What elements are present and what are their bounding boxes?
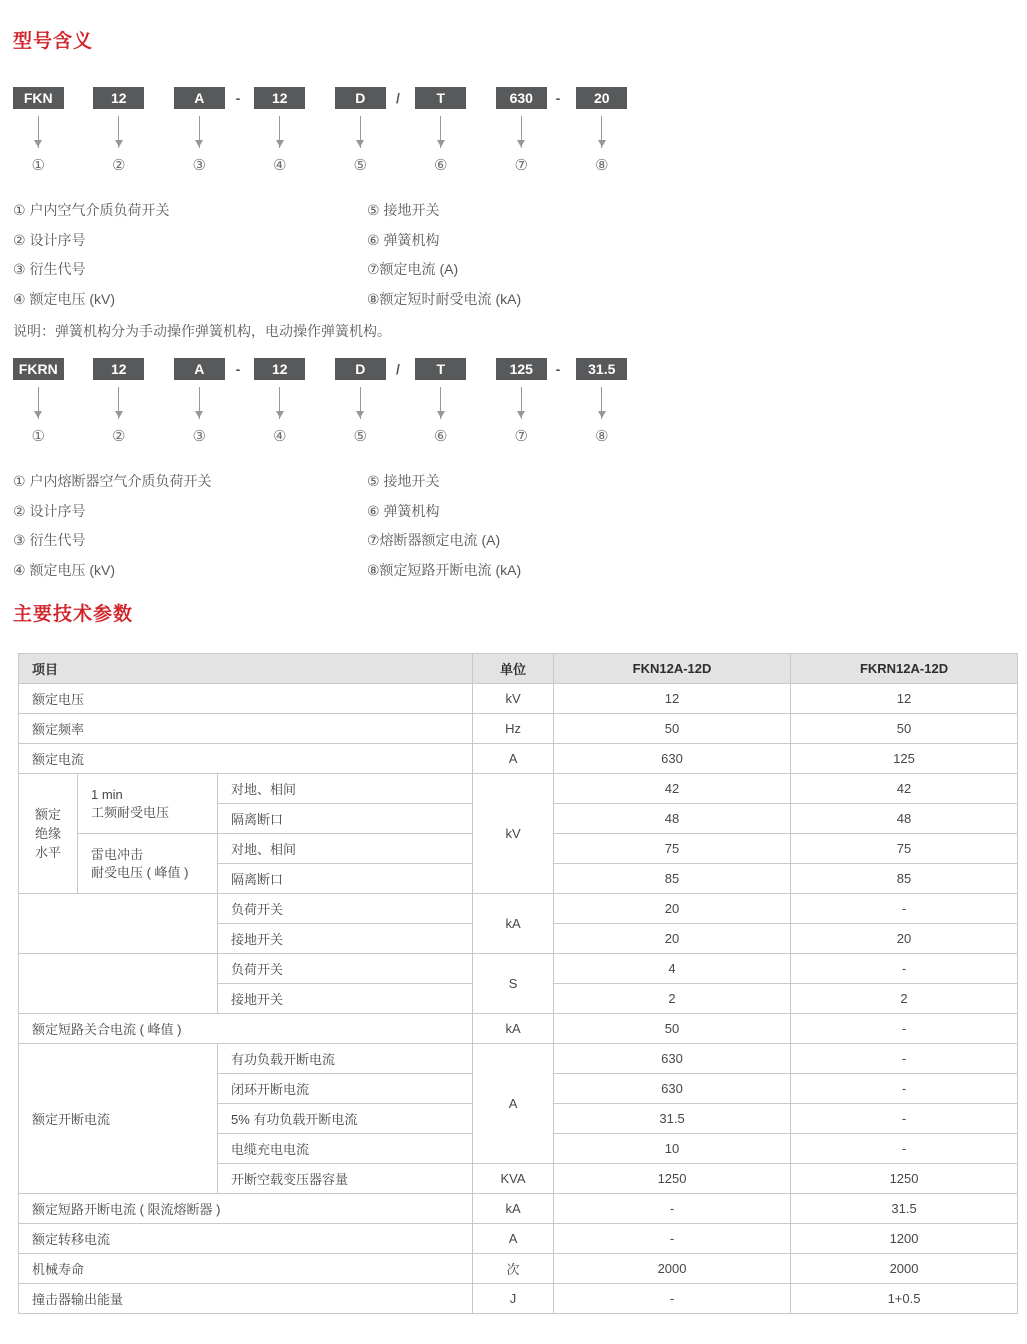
row-label: 电缆充电电流 (218, 1134, 473, 1164)
value-cell: 50 (554, 714, 791, 744)
model-token-box: T (415, 358, 466, 380)
table-row: 额定电压 kV 12 12 (19, 684, 1018, 714)
row-label: 接地开关 (218, 984, 473, 1014)
down-arrow-icon (521, 116, 522, 148)
separator-slash: / (396, 87, 400, 109)
legend-item: ③ 衍生代号 (13, 526, 367, 556)
row-label: 负荷开关 (218, 894, 473, 924)
catalog-page: 型号含义 FKN ① 12 ② A ③ 12 ④ (0, 0, 1027, 1344)
circled-number: ③ (159, 427, 240, 447)
table-row: 额定开断电流 有功负载开断电流 A 630 - (19, 1044, 1018, 1074)
model-token-slot-4: 12 ④ (240, 358, 321, 447)
unit-cell: S (473, 954, 554, 1014)
value-cell: - (791, 1044, 1018, 1074)
unit-cell: kA (473, 894, 554, 954)
down-arrow-icon (360, 387, 361, 419)
value-cell: 1250 (791, 1164, 1018, 1194)
unit-cell: kV (473, 774, 554, 894)
row-label: 机械寿命 (19, 1254, 473, 1284)
legend-item: ⑥ 弹簧机构 (367, 226, 521, 256)
model-token-slot-8: 31.5 ⑧ (562, 358, 643, 447)
circled-number: ① (0, 427, 79, 447)
value-cell: 630 (554, 1074, 791, 1104)
model-token-slot-1: FKRN ① (0, 358, 79, 447)
model-token-box: D (335, 358, 386, 380)
separator-slash: / (396, 358, 400, 380)
value-cell: 20 (554, 894, 791, 924)
circled-number: ⑤ (320, 156, 401, 176)
legend-item: ② 设计序号 (13, 497, 367, 527)
model-token-slot-3: A ③ (159, 87, 240, 176)
separator-dash: - (556, 87, 561, 109)
value-cell: 85 (791, 864, 1018, 894)
row-label: 开断空载变压器容量 (218, 1164, 473, 1194)
legend-item: ⑥ 弹簧机构 (367, 497, 521, 527)
row-label: 额定频率 (19, 714, 473, 744)
legend-item: ⑤ 接地开关 (367, 196, 521, 226)
circled-number: ⑦ (481, 427, 562, 447)
unit-cell: kA (473, 1194, 554, 1224)
value-cell: 75 (554, 834, 791, 864)
value-cell: 630 (554, 744, 791, 774)
value-cell: 2000 (554, 1254, 791, 1284)
unit-cell: kA (473, 1014, 554, 1044)
separator-dash: - (236, 358, 241, 380)
model-token-row: FKRN ① 12 ② A ③ 12 ④ D ⑤ (0, 358, 646, 447)
down-arrow-icon (38, 116, 39, 148)
model-token-box: 125 (496, 358, 547, 380)
group-label-breaking-current: 额定开断电流 (19, 1044, 218, 1194)
row-label: 负荷开关 (218, 954, 473, 984)
model-token-box: 12 (254, 358, 305, 380)
unit-cell: A (473, 1044, 554, 1164)
legend-item: ⑦额定电流 (A) (367, 255, 521, 285)
value-cell: 48 (554, 804, 791, 834)
model-token-slot-7: 125 ⑦ (481, 358, 562, 447)
value-cell: 31.5 (554, 1104, 791, 1134)
value-cell: - (791, 894, 1018, 924)
model-token-slot-4: 12 ④ (240, 87, 321, 176)
row-label: 撞击器输出能量 (19, 1284, 473, 1314)
empty-group-cell (19, 954, 218, 1014)
table-row: 额定电流 A 630 125 (19, 744, 1018, 774)
value-cell: 20 (791, 924, 1018, 954)
model-token-box: 630 (496, 87, 547, 109)
value-cell: 12 (554, 684, 791, 714)
row-label: 额定电流 (19, 744, 473, 774)
down-arrow-icon (601, 116, 602, 148)
value-cell: 1250 (554, 1164, 791, 1194)
separator-dash: - (556, 358, 561, 380)
value-cell: - (791, 1134, 1018, 1164)
empty-group-cell (19, 894, 218, 954)
legend-item: ⑦熔断器额定电流 (A) (367, 526, 521, 556)
model-diagram-fkn: FKN ① 12 ② A ③ 12 ④ D ⑤ (0, 87, 646, 176)
circled-number: ⑥ (401, 156, 482, 176)
model-token-box: 12 (93, 358, 144, 380)
circled-number: ⑧ (562, 427, 643, 447)
model-token-box: 20 (576, 87, 627, 109)
model-token-box: 12 (93, 87, 144, 109)
model-token-box: FKN (13, 87, 64, 109)
subgroup-label-power-frequency: 1 min 工频耐受电压 (78, 774, 218, 834)
model-token-slot-8: 20 ⑧ (562, 87, 643, 176)
model-token-slot-6: T ⑥ (401, 358, 482, 447)
circled-number: ⑦ (481, 156, 562, 176)
down-arrow-icon (38, 387, 39, 419)
value-cell: - (791, 954, 1018, 984)
value-cell: 42 (554, 774, 791, 804)
model-token-box: 31.5 (576, 358, 627, 380)
value-cell: - (791, 1104, 1018, 1134)
model-token-box: D (335, 87, 386, 109)
row-label: 额定转移电流 (19, 1224, 473, 1254)
unit-cell: KVA (473, 1164, 554, 1194)
circled-number: ④ (240, 427, 321, 447)
subgroup-label-lightning-impulse: 雷电冲击 耐受电压 ( 峰值 ) (78, 834, 218, 894)
model-token-box: A (174, 358, 225, 380)
value-cell: 2000 (791, 1254, 1018, 1284)
model-diagram-fkrn: FKRN ① 12 ② A ③ 12 ④ D ⑤ (0, 358, 646, 447)
value-cell: 75 (791, 834, 1018, 864)
column-header-fkrn12a-12d: FKRN12A-12D (791, 654, 1018, 684)
row-label: 额定短路开断电流 ( 限流熔断器 ) (19, 1194, 473, 1224)
legend-item: ① 户内熔断器空气介质负荷开关 (13, 467, 367, 497)
legend-column-right: ⑤ 接地开关 ⑥ 弹簧机构 ⑦额定电流 (A) ⑧额定短时耐受电流 (kA) (367, 196, 521, 314)
value-cell: 2 (791, 984, 1018, 1014)
circled-number: ⑧ (562, 156, 643, 176)
circled-number: ② (79, 156, 160, 176)
down-arrow-icon (601, 387, 602, 419)
model-token-slot-3: A ③ (159, 358, 240, 447)
down-arrow-icon (521, 387, 522, 419)
value-cell: 1200 (791, 1224, 1018, 1254)
legend-fkn: ① 户内空气介质负荷开关 ② 设计序号 ③ 衍生代号 ④ 额定电压 (kV) ⑤… (13, 196, 1017, 314)
value-cell: 50 (791, 714, 1018, 744)
circled-number: ② (79, 427, 160, 447)
model-token-slot-5: D ⑤ (320, 87, 401, 176)
value-cell: 10 (554, 1134, 791, 1164)
separator-dash: - (236, 87, 241, 109)
table-row: 机械寿命 次 2000 2000 (19, 1254, 1018, 1284)
section-title-model-meaning: 型号含义 (13, 26, 1017, 53)
value-cell: - (554, 1284, 791, 1314)
legend-column-left: ① 户内熔断器空气介质负荷开关 ② 设计序号 ③ 衍生代号 ④ 额定电压 (kV… (13, 467, 367, 585)
model-token-slot-2: 12 ② (79, 358, 160, 447)
column-header-item: 项目 (19, 654, 473, 684)
value-cell: - (554, 1194, 791, 1224)
legend-fkrn: ① 户内熔断器空气介质负荷开关 ② 设计序号 ③ 衍生代号 ④ 额定电压 (kV… (13, 467, 1017, 585)
row-label: 接地开关 (218, 924, 473, 954)
model-token-box: FKRN (13, 358, 64, 380)
column-header-unit: 单位 (473, 654, 554, 684)
legend-item: ④ 额定电压 (kV) (13, 285, 367, 315)
value-cell: 50 (554, 1014, 791, 1044)
table-header-row: 项目 单位 FKN12A-12D FKRN12A-12D (19, 654, 1018, 684)
down-arrow-icon (199, 116, 200, 148)
row-label: 闭环开断电流 (218, 1074, 473, 1104)
table-row: 额定频率 Hz 50 50 (19, 714, 1018, 744)
row-label: 隔离断口 (218, 864, 473, 894)
value-cell: 1+0.5 (791, 1284, 1018, 1314)
unit-cell: A (473, 744, 554, 774)
value-cell: 12 (791, 684, 1018, 714)
down-arrow-icon (279, 116, 280, 148)
legend-item: ⑧额定短路开断电流 (kA) (367, 556, 521, 586)
value-cell: 2 (554, 984, 791, 1014)
model-token-box: T (415, 87, 466, 109)
down-arrow-icon (199, 387, 200, 419)
model-token-slot-5: D ⑤ (320, 358, 401, 447)
model-token-row: FKN ① 12 ② A ③ 12 ④ D ⑤ (0, 87, 646, 176)
legend-item: ③ 衍生代号 (13, 255, 367, 285)
table-row: 负荷开关 kA 20 - (19, 894, 1018, 924)
row-label: 对地、相间 (218, 774, 473, 804)
circled-number: ④ (240, 156, 321, 176)
model-token-box: 12 (254, 87, 305, 109)
value-cell: - (554, 1224, 791, 1254)
value-cell: 31.5 (791, 1194, 1018, 1224)
model-token-box: A (174, 87, 225, 109)
value-cell: 125 (791, 744, 1018, 774)
table-row: 额定短路开断电流 ( 限流熔断器 ) kA - 31.5 (19, 1194, 1018, 1224)
circled-number: ⑤ (320, 427, 401, 447)
table-row: 额定转移电流 A - 1200 (19, 1224, 1018, 1254)
unit-cell: Hz (473, 714, 554, 744)
column-header-fkn12a-12d: FKN12A-12D (554, 654, 791, 684)
legend-item: ⑧额定短时耐受电流 (kA) (367, 285, 521, 315)
value-cell: 630 (554, 1044, 791, 1074)
row-label: 额定短路关合电流 ( 峰值 ) (19, 1014, 473, 1044)
circled-number: ③ (159, 156, 240, 176)
down-arrow-icon (279, 387, 280, 419)
unit-cell: 次 (473, 1254, 554, 1284)
table-row: 额定 绝缘 水平 1 min 工频耐受电压 对地、相间 kV 42 42 (19, 774, 1018, 804)
down-arrow-icon (118, 387, 119, 419)
row-label: 5% 有功负载开断电流 (218, 1104, 473, 1134)
technical-parameters-table: 项目 单位 FKN12A-12D FKRN12A-12D 额定电压 kV 12 … (18, 653, 1018, 1314)
table-row: 负荷开关 S 4 - (19, 954, 1018, 984)
row-label: 对地、相间 (218, 834, 473, 864)
down-arrow-icon (440, 387, 441, 419)
spring-mechanism-note: 说明：弹簧机构分为手动操作弹簧机构，电动操作弹簧机构。 (13, 320, 1017, 342)
value-cell: 42 (791, 774, 1018, 804)
model-token-slot-6: T ⑥ (401, 87, 482, 176)
model-token-slot-2: 12 ② (79, 87, 160, 176)
row-label: 额定电压 (19, 684, 473, 714)
down-arrow-icon (440, 116, 441, 148)
circled-number: ① (0, 156, 79, 176)
legend-item: ① 户内空气介质负荷开关 (13, 196, 367, 226)
value-cell: 48 (791, 804, 1018, 834)
legend-item: ⑤ 接地开关 (367, 467, 521, 497)
section-title-technical-parameters: 主要技术参数 (13, 599, 1017, 626)
down-arrow-icon (118, 116, 119, 148)
model-token-slot-7: 630 ⑦ (481, 87, 562, 176)
unit-cell: A (473, 1224, 554, 1254)
model-token-slot-1: FKN ① (0, 87, 79, 176)
legend-column-left: ① 户内空气介质负荷开关 ② 设计序号 ③ 衍生代号 ④ 额定电压 (kV) (13, 196, 367, 314)
unit-cell: J (473, 1284, 554, 1314)
legend-item: ④ 额定电压 (kV) (13, 556, 367, 586)
table-row: 额定短路关合电流 ( 峰值 ) kA 50 - (19, 1014, 1018, 1044)
value-cell: 85 (554, 864, 791, 894)
legend-item: ② 设计序号 (13, 226, 367, 256)
value-cell: - (791, 1014, 1018, 1044)
circled-number: ⑥ (401, 427, 482, 447)
row-label: 隔离断口 (218, 804, 473, 834)
row-label: 有功负载开断电流 (218, 1044, 473, 1074)
unit-cell: kV (473, 684, 554, 714)
value-cell: 20 (554, 924, 791, 954)
value-cell: - (791, 1074, 1018, 1104)
legend-column-right: ⑤ 接地开关 ⑥ 弹簧机构 ⑦熔断器额定电流 (A) ⑧额定短路开断电流 (kA… (367, 467, 521, 585)
value-cell: 4 (554, 954, 791, 984)
table-row: 撞击器输出能量 J - 1+0.5 (19, 1284, 1018, 1314)
group-label-insulation: 额定 绝缘 水平 (19, 774, 78, 894)
down-arrow-icon (360, 116, 361, 148)
